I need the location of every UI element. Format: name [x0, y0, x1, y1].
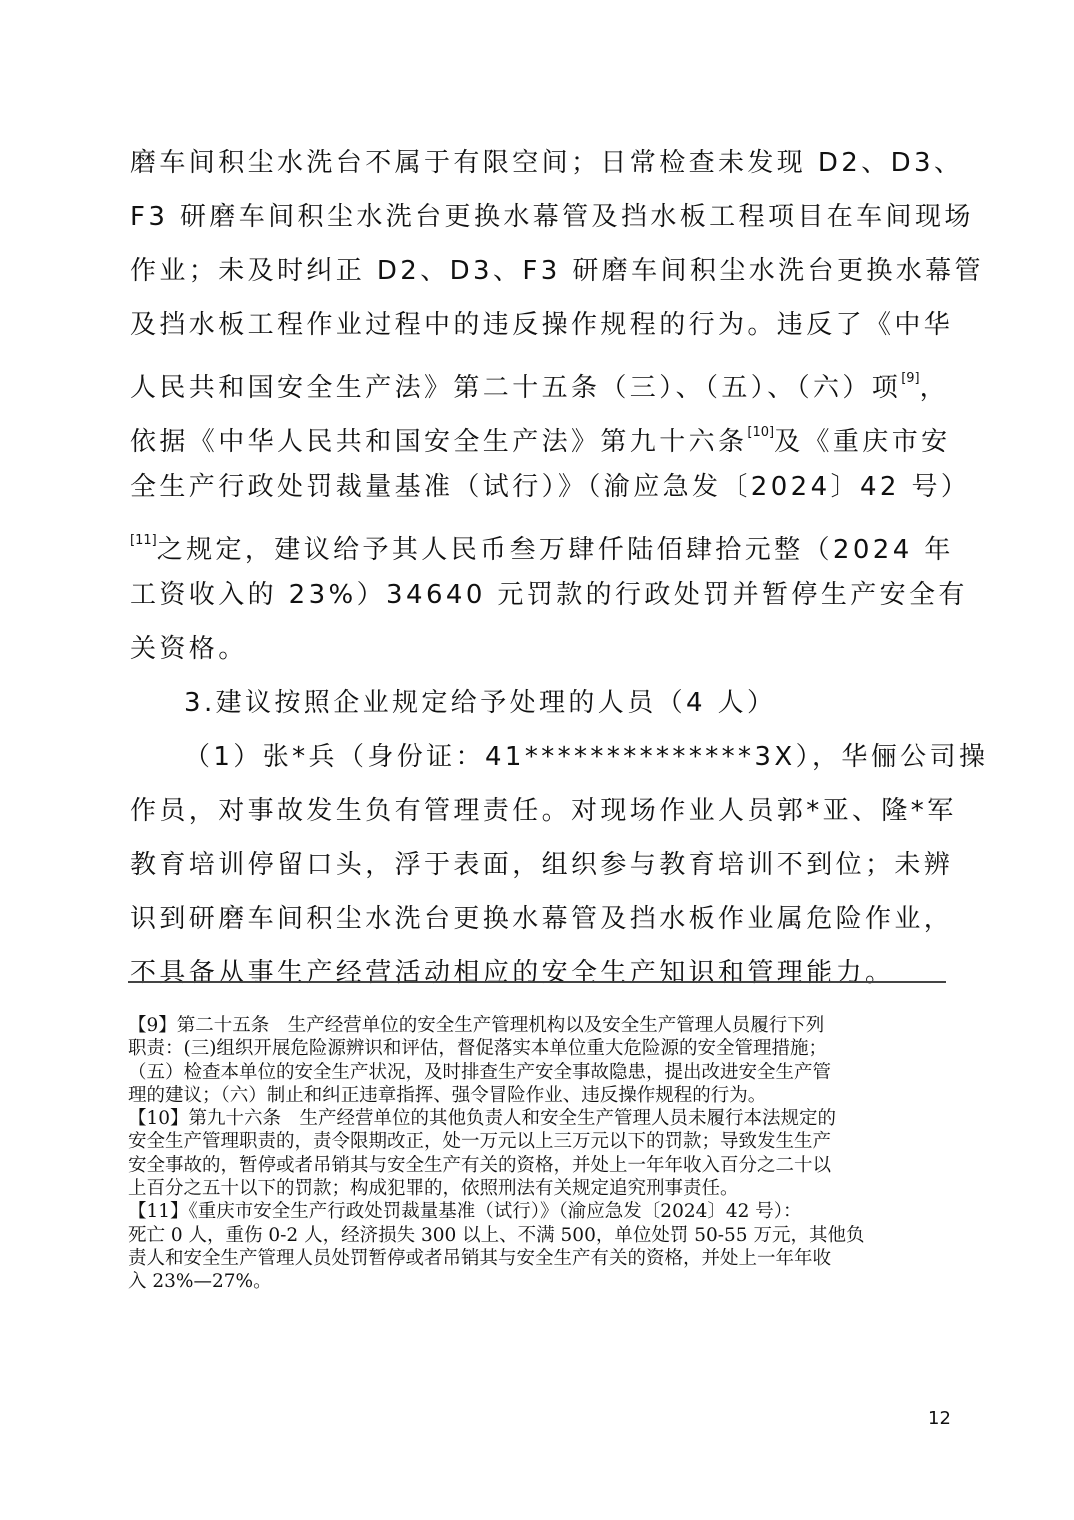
- footnote-line: 死亡 0 人，重伤 0-2 人，经济损失 300 以上、不满 500，单位处罚 …: [128, 1224, 948, 1247]
- footnote-11: 【11】《重庆市安全生产行政处罚裁量基准（试行）》（渝应急发〔2024〕42 号…: [128, 1200, 948, 1293]
- person-line: 不具备从事生产经营活动相应的安全生产知识和管理能力。: [130, 946, 946, 1000]
- footnote-line: 【9】第二十五条 生产经营单位的安全生产管理机构以及安全生产管理人员履行下列: [128, 1014, 948, 1037]
- person-line: （1）张*兵（身份证：41**************3X），华俪公司操: [130, 730, 946, 784]
- body-line: 及挡水板工程作业过程中的违反操作规程的行为。违反了《中华: [130, 298, 946, 352]
- body-line-with-ref: [11]之规定，建议给予其人民币叁万肆仟陆佰肆拾元整（2024 年: [130, 514, 946, 568]
- person-line: 作员，对事故发生负有管理责任。对现场作业人员郭*亚、隆*军: [130, 784, 946, 838]
- footnote-line: 入 23%—27%。: [128, 1270, 948, 1293]
- body-line-with-ref: 人民共和国安全生产法》第二十五条（三）、（五）、（六）项[9]，: [130, 352, 946, 406]
- footnote-ref-9[interactable]: [9]: [901, 371, 919, 386]
- body-line: 全生产行政处罚裁量基准（试行）》（渝应急发〔2024〕42 号）: [130, 460, 946, 514]
- footnote-line: 【10】第九十六条 生产经营单位的其他负责人和安全生产管理人员未履行本法规定的: [128, 1107, 948, 1130]
- footnote-ref-10[interactable]: [10]: [747, 425, 774, 440]
- footnote-line: 上百分之五十以下的罚款；构成犯罪的，依照刑法有关规定追究刑事责任。: [128, 1177, 948, 1200]
- footnote-line: 职责：(三)组织开展危险源辨识和评估，督促落实本单位重大危险源的安全管理措施；: [128, 1037, 948, 1060]
- footnote-line: 理的建议；（六）制止和纠正违章指挥、强令冒险作业、违反操作规程的行为。: [128, 1084, 948, 1107]
- body-line-text: 人民共和国安全生产法》第二十五条（三）、（五）、（六）项: [130, 373, 901, 403]
- body-line-tail: ，: [920, 373, 949, 403]
- body-line-text: 依据《中华人民共和国安全生产法》第九十六条: [130, 427, 747, 457]
- section-heading: 3.建议按照企业规定给予处理的人员（4 人）: [130, 676, 946, 730]
- body-line-text: 之规定，建议给予其人民币叁万肆仟陆佰肆拾元整（2024 年: [157, 535, 954, 565]
- footnote-ref-11[interactable]: [11]: [130, 533, 157, 548]
- footnote-line: （五）检查本单位的安全生产状况，及时排查生产安全事故隐患，提出改进安全生产管: [128, 1061, 948, 1084]
- document-page: 磨车间积尘水洗台不属于有限空间；日常检查未发现 D2、D3、 F3 研磨车间积尘…: [0, 0, 1074, 1520]
- footnotes: 【9】第二十五条 生产经营单位的安全生产管理机构以及安全生产管理人员履行下列 职…: [128, 1014, 948, 1294]
- body-line: F3 研磨车间积尘水洗台更换水幕管及挡水板工程项目在车间现场: [130, 190, 946, 244]
- footnote-10: 【10】第九十六条 生产经营单位的其他负责人和安全生产管理人员未履行本法规定的 …: [128, 1107, 948, 1200]
- footnote-line: 【11】《重庆市安全生产行政处罚裁量基准（试行）》（渝应急发〔2024〕42 号…: [128, 1200, 948, 1223]
- body-line: 作业；未及时纠正 D2、D3、F3 研磨车间积尘水洗台更换水幕管: [130, 244, 946, 298]
- body-line: 工资收入的 23%）34640 元罚款的行政处罚并暂停生产安全有: [130, 568, 946, 622]
- body-line: 磨车间积尘水洗台不属于有限空间；日常检查未发现 D2、D3、: [130, 136, 946, 190]
- body-line-with-ref: 依据《中华人民共和国安全生产法》第九十六条[10]及《重庆市安: [130, 406, 946, 460]
- body-paragraph: 磨车间积尘水洗台不属于有限空间；日常检查未发现 D2、D3、 F3 研磨车间积尘…: [130, 136, 946, 1000]
- footnote-line: 责人和安全生产管理人员处罚暂停或者吊销其与安全生产有关的资格，并处上一年年收: [128, 1247, 948, 1270]
- person-line: 识到研磨车间积尘水洗台更换水幕管及挡水板作业属危险作业，: [130, 892, 946, 946]
- footnote-line: 安全生产管理职责的，责令限期改正，处一万元以上三万元以下的罚款；导致发生生产: [128, 1130, 948, 1153]
- footnote-divider: [128, 981, 946, 983]
- footnote-line: 安全事故的，暂停或者吊销其与安全生产有关的资格，并处上一年年收入百分之二十以: [128, 1154, 948, 1177]
- body-line-tail: 及《重庆市安: [774, 427, 950, 457]
- page-number: 12: [928, 1408, 951, 1429]
- body-line: 关资格。: [130, 622, 946, 676]
- footnote-9: 【9】第二十五条 生产经营单位的安全生产管理机构以及安全生产管理人员履行下列 职…: [128, 1014, 948, 1107]
- person-line: 教育培训停留口头，浮于表面，组织参与教育培训不到位；未辨: [130, 838, 946, 892]
